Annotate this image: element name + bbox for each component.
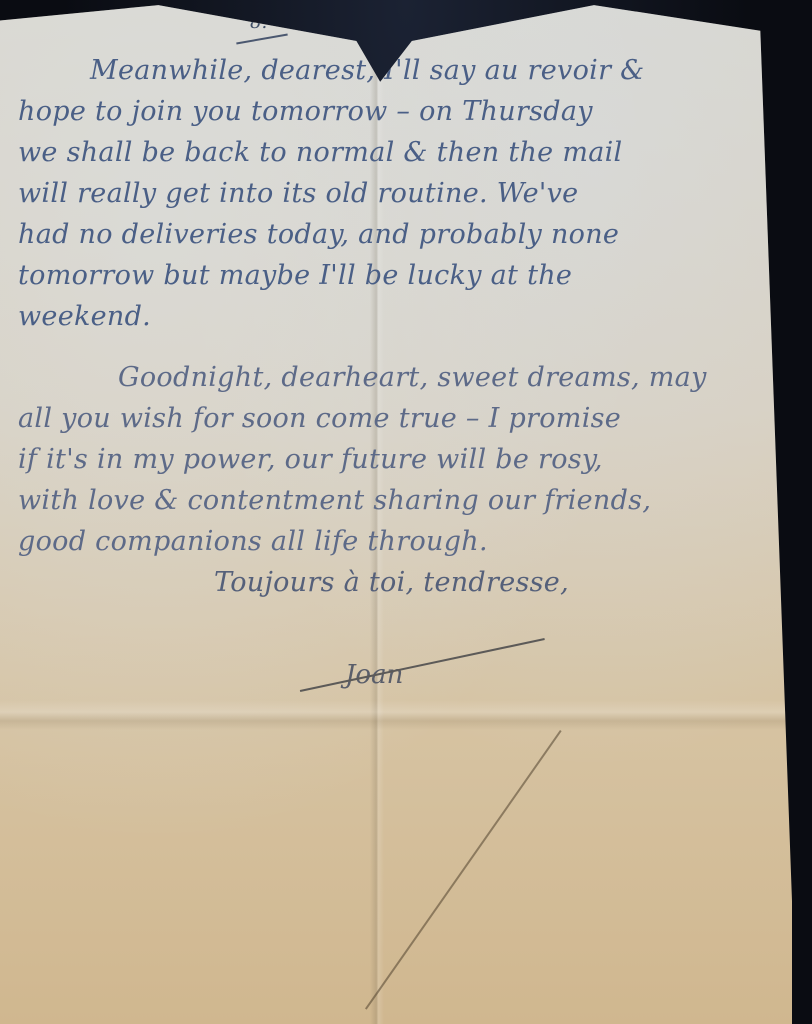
signature-flourish: [300, 638, 545, 691]
paragraph-gap: [18, 337, 788, 357]
letter-body: Meanwhile, dearest, I'll say au revoir &…: [18, 50, 788, 603]
closing-line: Toujours à toi, tendresse,: [18, 562, 788, 603]
page-number-underline: [236, 34, 288, 45]
diagonal-crease: [365, 730, 562, 1010]
letter-line: good companions all life through.: [18, 521, 788, 562]
letter-line: weekend.: [18, 296, 788, 337]
letter-line: Goodnight, dearheart, sweet dreams, may: [18, 357, 788, 398]
letter-line: will really get into its old routine. We…: [18, 173, 788, 214]
letter-line: if it's in my power, our future will be …: [18, 439, 788, 480]
paragraph-1: Meanwhile, dearest, I'll say au revoir &…: [18, 50, 788, 337]
paragraph-2: Goodnight, dearheart, sweet dreams, may …: [18, 357, 788, 603]
letter-line: had no deliveries today, and probably no…: [18, 214, 788, 255]
letter-line: all you wish for soon come true – I prom…: [18, 398, 788, 439]
letter-line: Meanwhile, dearest, I'll say au revoir &: [18, 50, 788, 91]
letter-line: we shall be back to normal & then the ma…: [18, 132, 788, 173]
letter-line: hope to join you tomorrow – on Thursday: [18, 91, 788, 132]
letter-line: tomorrow but maybe I'll be lucky at the: [18, 255, 788, 296]
horizontal-fold-crease: [0, 700, 792, 730]
letter-paper: 8. Meanwhile, dearest, I'll say au revoi…: [0, 0, 792, 1024]
letter-line: with love & contentment sharing our frie…: [18, 480, 788, 521]
